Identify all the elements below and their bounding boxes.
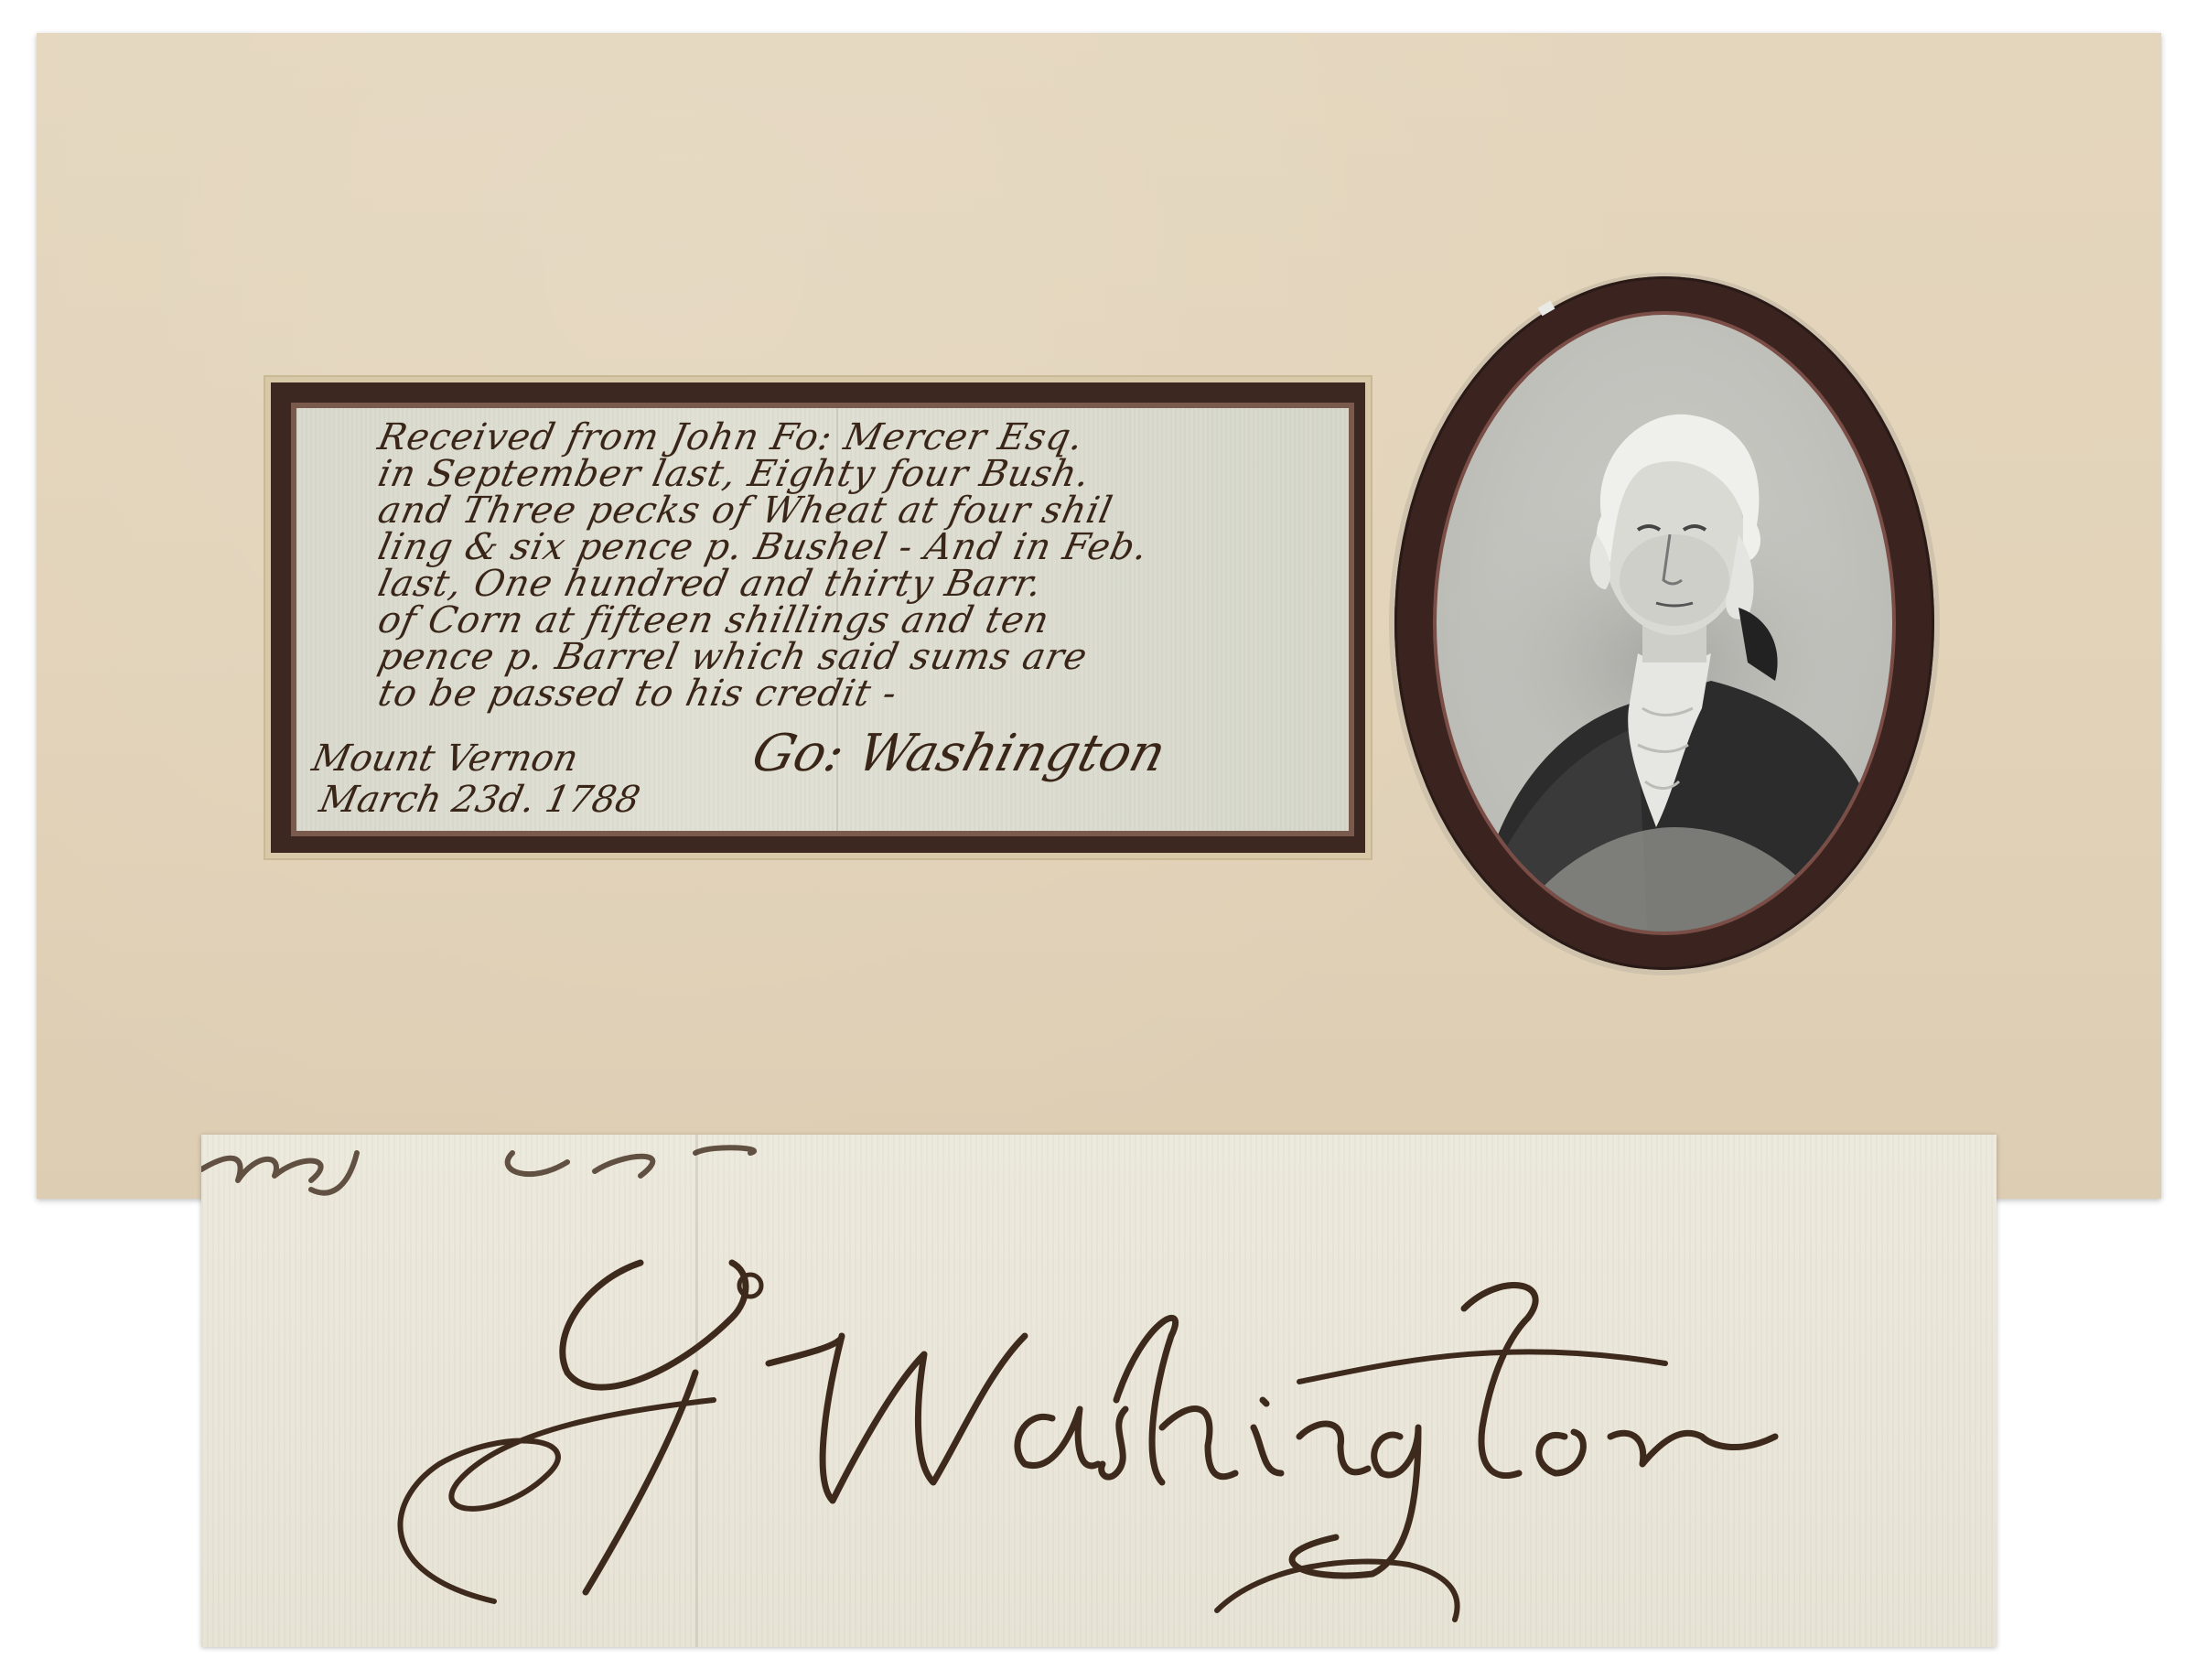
document-line: last, One hundred and thirty Barr. [375,565,1046,602]
signature-detail-inset [201,1135,1997,1647]
handwritten-document: Received from John Fo: Mercer Esq. in Se… [296,408,1349,831]
document-line: ling & six pence p. Bushel - And in Feb. [375,529,1152,565]
document-place: Mount Vernon [308,738,582,780]
document-line: in September last, Eighty four Bush. [375,456,1093,492]
handwritten-text: Received from John Fo: Mercer Esq. in Se… [296,408,1349,831]
document-line: to be passed to his credit - [375,675,900,712]
document-line: Received from John Fo: Mercer Esq. [375,419,1087,456]
document-date: March 23d. 1788 [316,779,643,821]
portrait-figure-icon [1437,315,1892,932]
document-line: pence p. Barrel which said sums are [375,639,1091,675]
document-signature: Go: Washington [746,724,1172,783]
signature-enlarged-icon [201,1135,1997,1647]
document-line: of Corn at fifteen shillings and ten [375,602,1053,639]
document-line: and Three pecks of Wheat at four shil [375,492,1116,529]
portrait-engraving [1437,315,1892,932]
